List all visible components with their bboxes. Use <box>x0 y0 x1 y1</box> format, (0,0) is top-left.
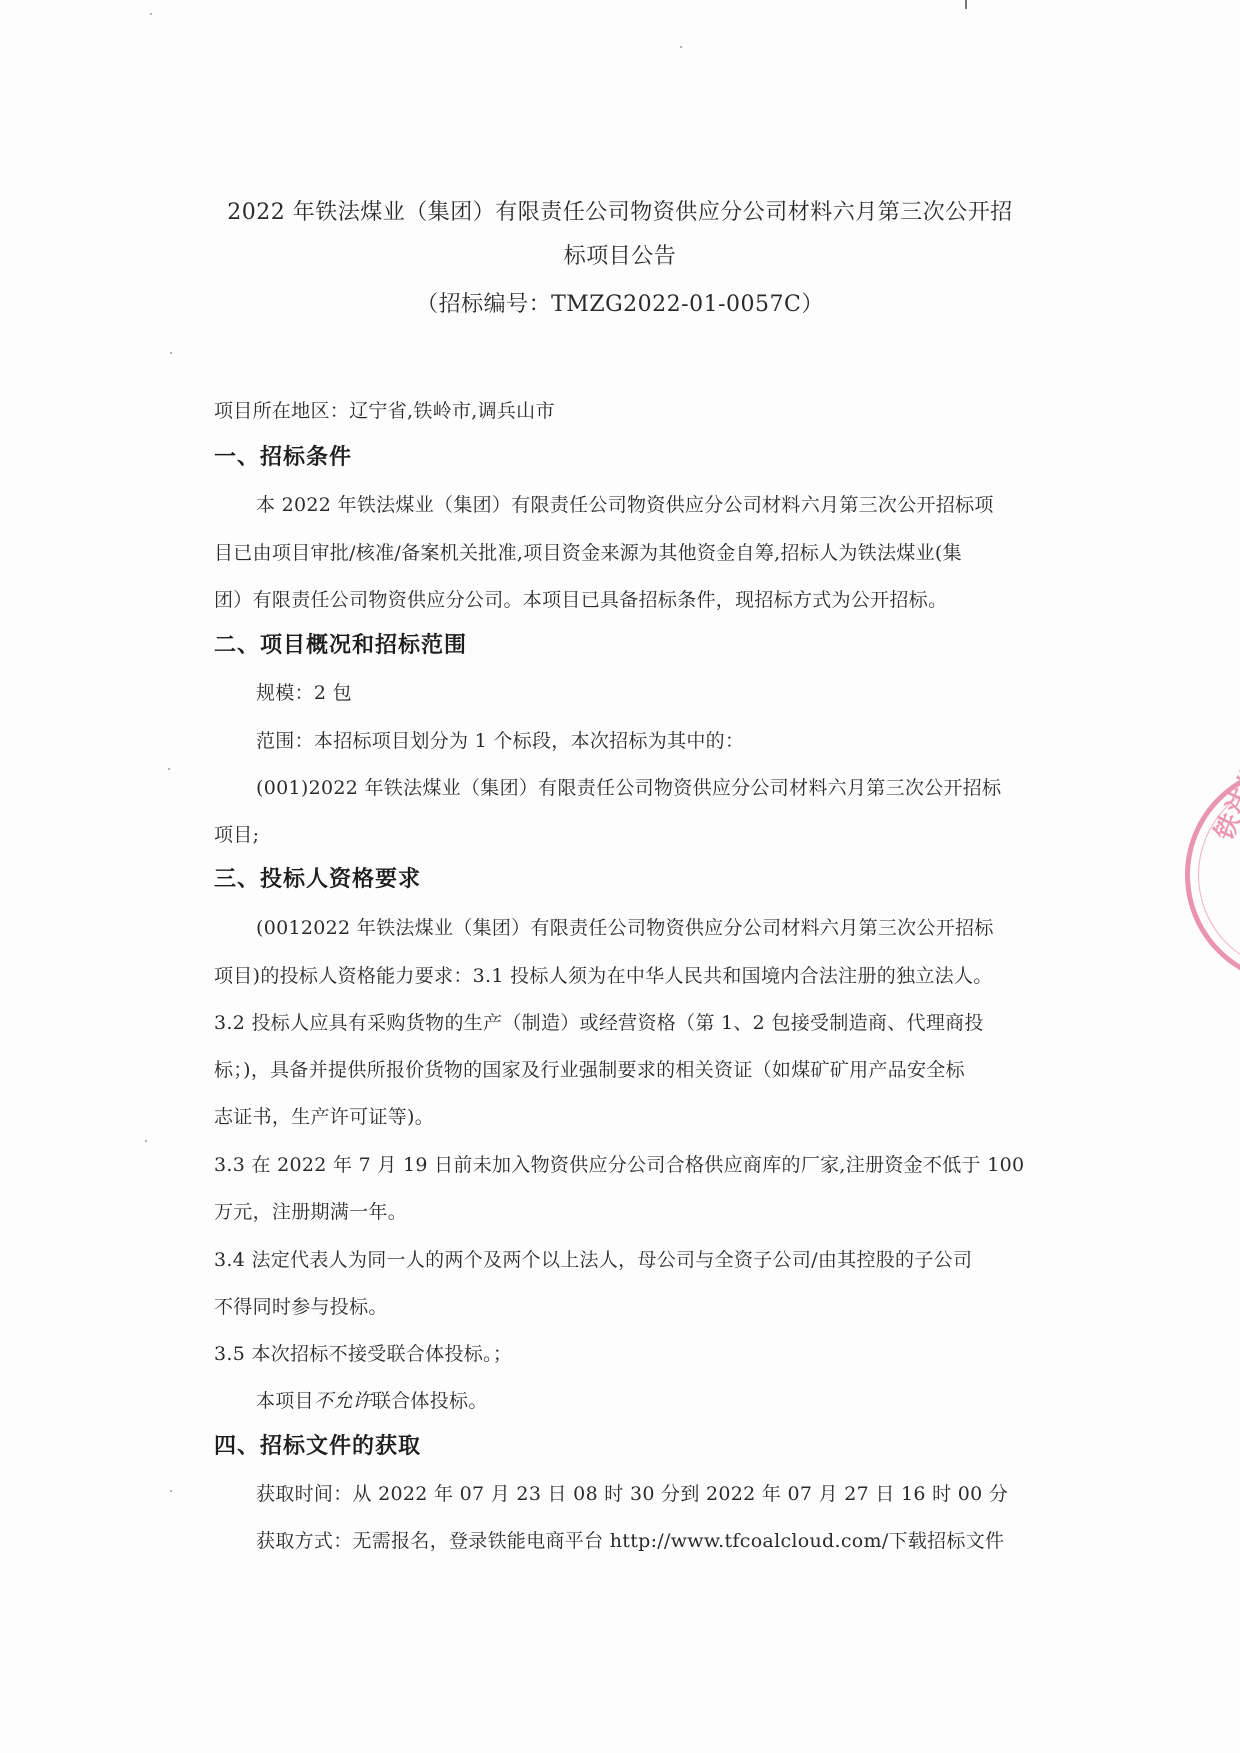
section-1-line: 团）有限责任公司物资供应分公司。本项目已具备招标条件，现招标方式为公开招标。 <box>214 585 947 612</box>
qualification-line: 3.4 法定代表人为同一人的两个及两个以上法人，母公司与全资子公司/由其控股的子… <box>214 1245 972 1272</box>
scan-speck <box>168 768 170 770</box>
document-title-line-1: 2022 年铁法煤业（集团）有限责任公司物资供应分公司材料六月第三次公开招 <box>0 195 1240 226</box>
scan-speck <box>170 1490 172 1492</box>
tender-number: （招标编号：TMZG2022-01-0057C） <box>0 287 1240 318</box>
scope-line: 范围：本招标项目划分为 1 个标段，本次招标为其中的： <box>256 726 744 753</box>
company-seal-stamp: 铁法煤业(集团) <box>1185 765 1240 985</box>
consortium-italic: 不允许 <box>314 1390 372 1412</box>
qualification-line: 3.3 在 2022 年 7 月 19 日前未加入物资供应分公司合格供应商库的厂… <box>214 1150 1024 1177</box>
consortium-prefix: 本项目 <box>256 1390 314 1412</box>
qualification-line: (0012022 年铁法煤业（集团）有限责任公司物资供应分公司材料六月第三次公开… <box>256 913 994 940</box>
scan-speck <box>680 46 682 48</box>
qualification-line: 3.2 投标人应具有采购货物的生产（制造）或经营资格（第 1、2 包接受制造商、… <box>214 1008 984 1035</box>
project-region: 项目所在地区：辽宁省,铁岭市,调兵山市 <box>214 396 555 423</box>
consortium-line: 本项目不允许联合体投标。 <box>256 1386 488 1413</box>
qualification-line: 志证书，生产许可证等)。 <box>214 1102 434 1129</box>
scan-speck <box>150 13 152 15</box>
document-title-line-2: 标项目公告 <box>0 239 1240 270</box>
scan-speck <box>170 352 172 354</box>
scan-speck <box>145 1140 147 1142</box>
qualification-line: 标；)，具备并提供所报价货物的国家及行业强制要求的相关资证（如煤矿矿用产品安全标 <box>214 1055 965 1082</box>
section-2-heading: 二、项目概况和招标范围 <box>214 628 467 659</box>
acquisition-time: 获取时间：从 2022 年 07 月 23 日 08 时 30 分到 2022 … <box>256 1479 1008 1506</box>
section-1-heading: 一、招标条件 <box>214 440 352 471</box>
section-3-heading: 三、投标人资格要求 <box>214 862 421 893</box>
qualification-line: 3.5 本次招标不接受联合体投标。； <box>214 1339 512 1366</box>
section-1-line: 目已由项目审批/核准/备案机关批准,项目资金来源为其他资金自筹,招标人为铁法煤业… <box>214 538 962 565</box>
document-page: 2022 年铁法煤业（集团）有限责任公司物资供应分公司材料六月第三次公开招 标项… <box>0 0 1240 1753</box>
section-1-line: 本 2022 年铁法煤业（集团）有限责任公司物资供应分公司材料六月第三次公开招标… <box>256 490 994 517</box>
lot-line-cont: 项目; <box>214 820 259 847</box>
section-4-heading: 四、招标文件的获取 <box>214 1429 421 1460</box>
acquisition-method: 获取方式：无需报名，登录铁能电商平台 http://www.tfcoalclou… <box>256 1526 1004 1553</box>
qualification-line: 项目)的投标人资格能力要求：3.1 投标人须为在中华人民共和国境内合法注册的独立… <box>214 961 993 988</box>
scale-line: 规模：2 包 <box>256 678 352 705</box>
qualification-line: 不得同时参与投标。 <box>214 1292 388 1319</box>
scan-mark <box>965 0 967 9</box>
stamp-text: 铁法煤业(集团) <box>1204 652 1240 846</box>
consortium-suffix: 联合体投标。 <box>372 1390 488 1412</box>
lot-line: (001)2022 年铁法煤业（集团）有限责任公司物资供应分公司材料六月第三次公… <box>256 773 1001 800</box>
qualification-line: 万元，注册期满一年。 <box>214 1197 407 1224</box>
